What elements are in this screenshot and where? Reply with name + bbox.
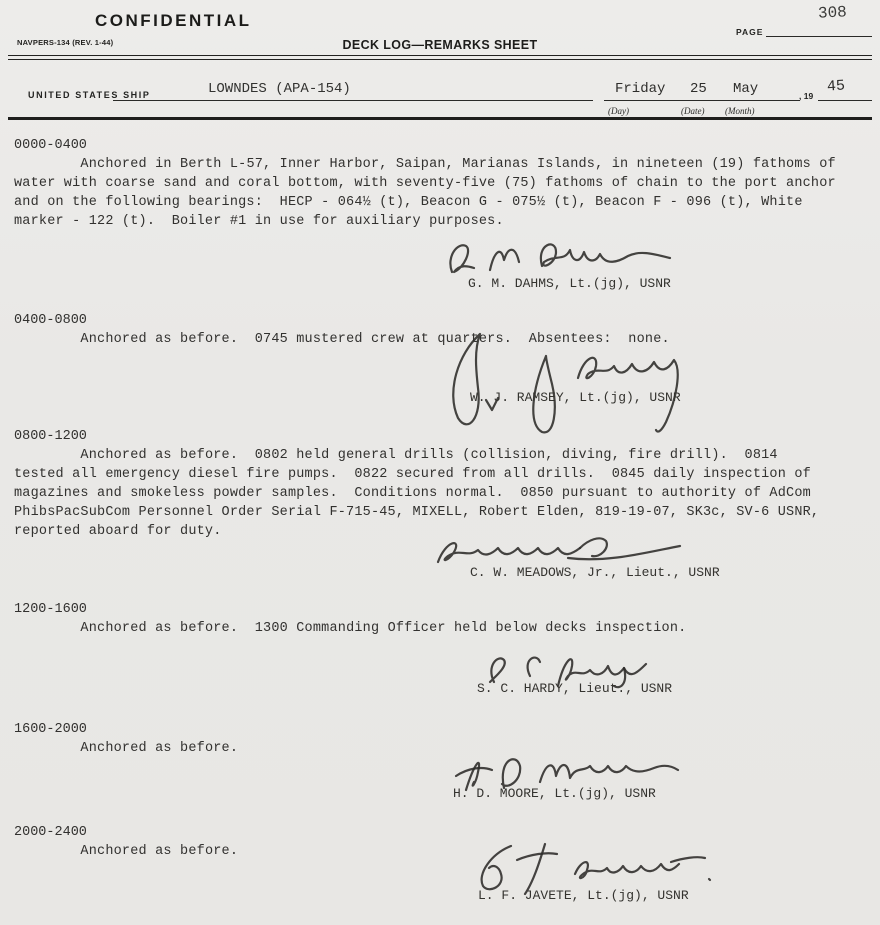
entry-text: Anchored as before. — [14, 842, 866, 861]
signature-typed-moore: H. D. MOORE, Lt.(jg), USNR — [453, 786, 656, 801]
date-number-typed: 25 — [690, 81, 707, 97]
ship-name-blank-line — [113, 100, 593, 101]
watch-period: 1200-1600 — [14, 600, 866, 619]
day-caption: (Day) — [608, 106, 629, 116]
signature-typed-ramsey: W. J. RAMSEY, Lt.(jg), USNR — [470, 390, 681, 405]
page-title: DECK LOG—REMARKS SHEET — [18, 37, 863, 52]
year-prefix-printed: , 19 — [799, 91, 813, 101]
ship-name-typed: LOWNDES (APA-154) — [208, 81, 351, 97]
entry-text: Anchored as before. 1300 Commanding Offi… — [14, 619, 866, 638]
handwritten-signature-ramsey — [428, 326, 713, 438]
signature-typed-javete: L. F. JAVETE, Lt.(jg), USNR — [478, 888, 689, 903]
log-entry-1200-1600: 1200-1600 Anchored as before. 1300 Comma… — [14, 600, 866, 638]
date-month-typed: May — [733, 81, 758, 97]
page-label: PAGE — [736, 27, 763, 37]
page-number-handwritten: 308 — [818, 3, 848, 22]
handwritten-signature-dahms — [438, 238, 688, 280]
header-heavy-rule — [8, 117, 872, 120]
watch-period: 0000-0400 — [14, 136, 866, 155]
entry-text: Anchored as before. 0802 held general dr… — [14, 446, 866, 541]
entry-text: Anchored in Berth L-57, Inner Harbor, Sa… — [14, 155, 866, 231]
date-day-typed: Friday — [615, 81, 665, 97]
signature-typed-hardy: S. C. HARDY, Lieut., USNR — [477, 681, 672, 696]
log-entry-1600-2000: 1600-2000 Anchored as before. — [14, 720, 866, 758]
log-entry-0800-1200: 0800-1200 Anchored as before. 0802 held … — [14, 427, 866, 541]
month-caption: (Month) — [725, 106, 755, 116]
signature-typed-dahms: G. M. DAHMS, Lt.(jg), USNR — [468, 276, 671, 291]
entry-text: Anchored as before. — [14, 739, 866, 758]
log-entry-2000-2400: 2000-2400 Anchored as before. — [14, 823, 866, 861]
header-double-rule — [8, 55, 872, 60]
classification-stamp: CONFIDENTIAL — [95, 11, 252, 31]
date-caption: (Date) — [681, 106, 705, 116]
year-blank-line — [818, 100, 872, 101]
log-entry-0000-0400: 0000-0400 Anchored in Berth L-57, Inner … — [14, 136, 866, 231]
ship-label: UNITED STATES SHIP — [28, 90, 150, 100]
signature-typed-meadows: C. W. MEADOWS, Jr., Lieut., USNR — [470, 565, 720, 580]
watch-period: 2000-2400 — [14, 823, 866, 842]
year-typed: 45 — [826, 77, 845, 95]
date-blank-line — [604, 100, 800, 101]
watch-period: 1600-2000 — [14, 720, 866, 739]
deck-log-remarks-sheet: CONFIDENTIAL 308 PAGE NAVPERS-134 (REV. … — [0, 0, 880, 925]
